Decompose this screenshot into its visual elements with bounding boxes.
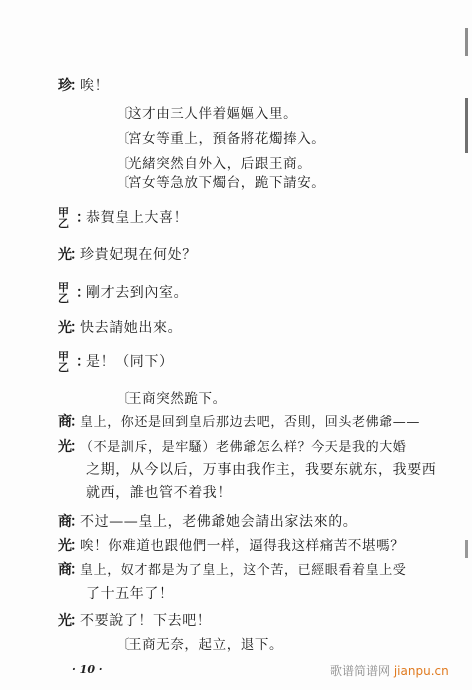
stage-text: 王商无奈，起立，退下。: [128, 637, 283, 653]
stage-direction: 〔王商突然跪下。: [116, 390, 227, 408]
dialogue-line: 甲乙：恭賀皇上大喜！: [58, 207, 188, 229]
scanned-script-page: 珍：唉！ 〔这才由三人伴着嫗嫗入里。 〔宮女等重上，預备將花燭捧入。 〔光緒突然…: [0, 0, 472, 690]
dialogue-text: 不过——皇上，老佛爺她会請出家法來的。: [80, 514, 357, 530]
dialogue-text: 快去請她出來。: [80, 320, 182, 336]
dialogue-text: 不要說了！下去吧！: [80, 613, 211, 629]
dialogue-line: 甲乙：剛才去到內室。: [58, 282, 188, 304]
colon: ：: [76, 353, 86, 371]
colon: ：: [70, 513, 80, 531]
dialogue-line: 商：皇上，你还是回到皇后那边去吧，否則，回头老佛爺——: [58, 413, 420, 432]
dialogue-continuation: 之期，从今以后，万事由我作主，我要东就东，我要西: [86, 461, 436, 479]
stage-bracket: 〔: [116, 390, 128, 408]
dialogue-text: 恭賀皇上大喜！: [86, 210, 188, 226]
speaker-bottom: 乙: [58, 217, 70, 230]
dialogue-line: 商：不过——皇上，老佛爺她会請出家法來的。: [58, 513, 357, 531]
dialogue-line: 珍：唉！: [58, 77, 109, 95]
colon: ：: [70, 413, 80, 431]
speaker-label-stacked: 甲乙: [58, 207, 76, 229]
scan-edge-mark: [465, 98, 468, 153]
colon: ：: [76, 209, 86, 227]
colon: ：: [70, 438, 80, 456]
stage-bracket: 〔: [116, 130, 128, 148]
stage-text: 光緒突然自外入，后跟王商。: [128, 156, 311, 172]
stage-bracket: 〔: [116, 155, 128, 173]
dialogue-line: 光：（不是訓斥，是牢騷）老佛爺怎么样？今天是我的大婚: [58, 438, 406, 457]
stage-direction: 〔王商无奈，起立，退下。: [116, 636, 283, 654]
stage-direction: 〔宮女等急放下燭台，跪下請安。: [116, 174, 325, 192]
stage-text: 宮女等重上，預备將花燭捧入。: [128, 131, 325, 147]
stage-text: 王商突然跪下。: [128, 391, 227, 407]
stage-bracket: 〔: [116, 174, 128, 192]
dialogue-line: 光：快去請她出來。: [58, 319, 182, 337]
dialogue-text: 皇上，你还是回到皇后那边去吧，否則，回头老佛爺——: [80, 415, 420, 430]
watermark: 歌谱简谱网 jianpu.cn: [330, 662, 449, 679]
colon: ：: [76, 284, 86, 302]
dialogue-text: 剛才去到內室。: [86, 285, 188, 301]
dialogue-continuation: 就西，誰也管不着我！: [86, 484, 232, 502]
dialogue-line: 商：皇上，奴才都是为了皇上，这个苦，已經眼看着皇上受: [58, 561, 406, 580]
dialogue-text: 唉！: [80, 78, 109, 94]
dialogue-text: 是！（同下）: [86, 354, 174, 370]
stage-direction: 〔光緒突然自外入，后跟王商。: [116, 155, 311, 173]
stage-bracket: 〔: [116, 636, 128, 654]
page-number: · 10 ·: [72, 663, 103, 676]
colon: ：: [70, 246, 80, 264]
stage-text: 这才由三人伴着嫗嫗入里。: [128, 106, 297, 122]
dialogue-text: 唉！你难道也跟他們一样，逼得我这样痛苦不堪嗎？: [80, 538, 404, 554]
dialogue-line: 甲乙：是！（同下）: [58, 351, 174, 373]
scan-edge-mark: [465, 540, 468, 558]
stage-direction: 〔宮女等重上，預备將花燭捧入。: [116, 130, 325, 148]
stage-bracket: 〔: [116, 105, 128, 123]
colon: ：: [70, 612, 80, 630]
colon: ：: [70, 77, 80, 95]
colon: ：: [70, 537, 80, 555]
speaker-bottom: 乙: [58, 292, 70, 305]
dialogue-line: 光：唉！你难道也跟他們一样，逼得我这样痛苦不堪嗎？: [58, 537, 404, 555]
speaker-label-stacked: 甲乙: [58, 282, 76, 304]
dialogue-text: 珍貴妃現在何处？: [80, 247, 197, 263]
speaker-label-stacked: 甲乙: [58, 351, 76, 373]
speaker-bottom: 乙: [58, 361, 70, 374]
stage-direction: 〔这才由三人伴着嫗嫗入里。: [116, 105, 297, 123]
scan-edge-mark: [465, 28, 468, 56]
stage-text: 宮女等急放下燭台，跪下請安。: [128, 175, 325, 191]
dialogue-line: 光：不要說了！下去吧！: [58, 612, 211, 630]
watermark-domain: jianpu.cn: [394, 664, 449, 678]
colon: ：: [70, 561, 80, 579]
dialogue-text: 皇上，奴才都是为了皇上，这个苦，已經眼看着皇上受: [80, 563, 406, 578]
colon: ：: [70, 319, 80, 337]
watermark-site-name: 歌谱简谱网: [330, 664, 390, 678]
dialogue-line: 光：珍貴妃現在何处？: [58, 246, 197, 264]
dialogue-text: （不是訓斥，是牢騷）老佛爺怎么样？今天是我的大婚: [80, 440, 406, 455]
dialogue-continuation: 了十五年了！: [86, 585, 174, 603]
